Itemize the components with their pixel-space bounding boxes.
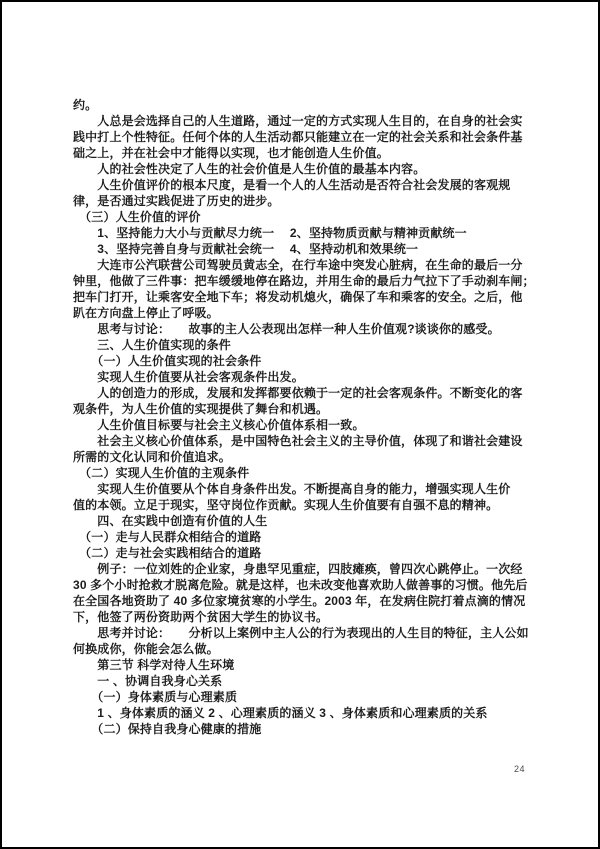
text-line: 约。 xyxy=(73,97,545,113)
text-line: 值的本领。立足于现实，坚守岗位作贡献。实现人生价值要有自强不息的精神。 xyxy=(73,497,545,513)
text-line: 实现人生价值要从社会客观条件出发。 xyxy=(73,369,545,385)
text-line: （三）人生价值的评价 xyxy=(73,209,545,225)
text-line: 人生价值评价的根本尺度，是看一个人的人生活动是否符合社会发展的客观规 xyxy=(73,177,545,193)
text-line: 社会主义核心价值体系，是中国特色社会主义的主导价值，体现了和谐社会建设 xyxy=(73,433,545,449)
text-line: 人生价值目标要与社会主义核心价值体系相一致。 xyxy=(73,417,545,433)
text-line: 1、坚持能力大小与贡献尽力统一 2、坚持物质贡献与精神贡献统一 xyxy=(73,225,545,241)
text-line: 人总是会选择自己的人生道路，通过一定的方式实现人生目的，在自身的社会实 xyxy=(73,113,545,129)
text-line: 四、在实践中创造有价值的人生 xyxy=(73,513,545,529)
text-line: （一）人生价值实现的社会条件 xyxy=(73,353,545,369)
text-line: 第三节 科学对待人生环境 xyxy=(73,657,545,673)
text-line: 1 、身体素质的涵义 2 、心理素质的涵义 3 、身体素质和心理素质的关系 xyxy=(73,705,545,721)
text-line: 础之上，并在社会中才能得以实现，也才能创造人生价值。 xyxy=(73,145,545,161)
text-line: 践中打上个性特征。任何个体的人生活动都只能建立在一定的社会关系和社会条件基 xyxy=(73,129,545,145)
text-line: 趴在方向盘上停止了呼吸。 xyxy=(73,305,545,321)
text-line: 把车门打开，让乘客安全地下车；将发动机熄火，确保了车和乘客的安全。之后，他 xyxy=(73,289,545,305)
text-line: 在全国各地资助了 40 多位家境贫寒的小学生。2003 年，在发病住院打着点滴的… xyxy=(73,593,545,609)
text-line: 所需的文化认同和价值追求。 xyxy=(73,449,545,465)
text-line: 三、人生价值实现的条件 xyxy=(73,337,545,353)
document-page: 约。 人总是会选择自己的人生道路，通过一定的方式实现人生目的，在自身的社会实践中… xyxy=(0,0,600,849)
text-line: 何换成你，你能会怎么做。 xyxy=(73,641,545,657)
text-line: 下，他签了两份资助两个贫困大学生的协议书。 xyxy=(73,609,545,625)
text-line: 3、坚持完善自身与贡献社会统一 4、坚持动机和效果统一 xyxy=(73,241,545,257)
text-line: 观条件，为人生价值的实现提供了舞台和机遇。 xyxy=(73,401,545,417)
text-line: 律，是否通过实践促进了历史的进步。 xyxy=(73,193,545,209)
text-line: （二）走与社会实践相结合的道路 xyxy=(73,545,545,561)
page-number: 24 xyxy=(514,764,525,774)
document-body: 约。 人总是会选择自己的人生道路，通过一定的方式实现人生目的，在自身的社会实践中… xyxy=(73,97,545,737)
text-line: 实现人生价值要从个体自身条件出发。不断提高自身的能力，增强实现人生价 xyxy=(73,481,545,497)
text-line: 人的创造力的形成，发展和发挥都要依赖于一定的社会客观条件。不断变化的客 xyxy=(73,385,545,401)
text-line: 思考与讨论： 故事的主人公表现出怎样一种人生价值观?谈谈你的感受。 xyxy=(73,321,545,337)
text-line: 大连市公汽联营公司驾驶员黄志全，在行车途中突发心脏病，在生命的最后一分 xyxy=(73,257,545,273)
text-line: 例子：一位刘姓的企业家，身患罕见重症，四肢瘫痪，曾四次心跳停止。一次经 xyxy=(73,561,545,577)
text-line: 思考并讨论： 分析以上案例中主人公的行为表现出的人生目的特征，主人公如 xyxy=(73,625,545,641)
text-line: （二）保持自我身心健康的措施 xyxy=(73,721,545,737)
text-line: （一）走与人民群众相结合的道路 xyxy=(73,529,545,545)
text-line: （一）身体素质与心理素质 xyxy=(73,689,545,705)
text-line: 30 多个小时抢救才脱离危险。就是这样，也未改变他喜欢助人做善事的习惯。他先后 xyxy=(73,577,545,593)
text-line: （二）实现人生价值的主观条件 xyxy=(73,465,545,481)
text-line: 一 、协调自我身心关系 xyxy=(73,673,545,689)
text-line: 钟里，他做了三件事：把车缓缓地停在路边，并用生命的最后力气拉下了手动刹车闸； xyxy=(73,273,545,289)
text-line: 人的社会性决定了人生的社会价值是人生价值的最基本内容。 xyxy=(73,161,545,177)
